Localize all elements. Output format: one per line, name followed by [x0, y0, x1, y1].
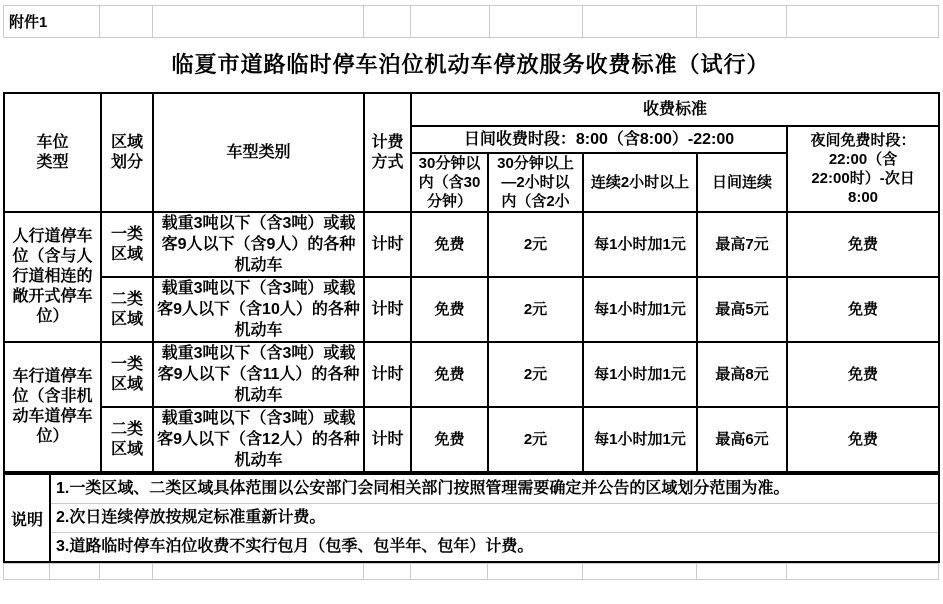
note-line-2: 2.次日连续停放按规定标准重新计费。: [51, 504, 938, 533]
note-line-3: 3.道路临时停车泊位收费不实行包月（包季、包半年、包年）计费。: [51, 533, 938, 561]
empty-grid-cell: [411, 564, 488, 580]
header-daytime-period: 日间收费时段：8:00（含8:00）-22:00: [411, 126, 787, 153]
header-vehicle-category: 车型类别: [153, 93, 364, 212]
notes-body: 1.一类区域、二类区域具体范围以公安部门会同相关部门按照管理需要确定并公告的区域…: [50, 474, 939, 562]
empty-grid-cell: [697, 6, 787, 38]
cell-over-2h: 每1小时加1元: [583, 212, 697, 277]
table-row: 二类 区域 载重3吨以下（含3吨）或载 客9人以下（含12人）的各种 机动车 计…: [4, 407, 939, 472]
fee-standard-table: 车位 类型 区域 划分 车型类别 计费 方式 收费标准 日间收费时段：8:00（…: [3, 92, 940, 473]
table-row: 车行道停车 位（含非机 动车道停车 位） 一类 区域 载重3吨以下（含3吨）或载…: [4, 342, 939, 407]
cell-day-max: 最高5元: [697, 277, 787, 342]
cell-within-30min: 免费: [411, 277, 488, 342]
cell-vehicle: 载重3吨以下（含3吨）或载 客9人以下（含10人）的各种 机动车: [153, 277, 364, 342]
cell-space-type-roadway: 车行道停车 位（含非机 动车道停车 位）: [4, 342, 101, 472]
attachment-label: 附件1: [4, 6, 100, 38]
empty-grid-cell: [697, 564, 787, 580]
cell-night: 免费: [787, 342, 939, 407]
cell-billing: 计时: [364, 342, 411, 407]
notes-section: 说明 1.一类区域、二类区域具体范围以公安部门会同相关部门按照管理需要确定并公告…: [3, 473, 940, 563]
cell-area: 二类 区域: [101, 277, 153, 342]
cell-within-30min: 免费: [411, 212, 488, 277]
cell-within-30min: 免费: [411, 407, 488, 472]
empty-grid-cell: [583, 6, 697, 38]
cell-billing: 计时: [364, 212, 411, 277]
cell-vehicle: 载重3吨以下（含3吨）或载 客9人以下（含9人）的各种 机动车: [153, 212, 364, 277]
cell-to-2h: 2元: [488, 212, 583, 277]
cell-within-30min: 免费: [411, 342, 488, 407]
cell-billing: 计时: [364, 407, 411, 472]
empty-grid-cell: [153, 6, 364, 38]
empty-grid-cell: [100, 564, 153, 580]
table-row: 二类 区域 载重3吨以下（含3吨）或载 客9人以下（含10人）的各种 机动车 计…: [4, 277, 939, 342]
empty-grid-cell: [153, 564, 364, 580]
empty-grid-cell: [488, 564, 583, 580]
empty-grid-cell: [787, 564, 939, 580]
spreadsheet-top-grid-row: 附件1: [3, 5, 939, 38]
empty-grid-cell: [411, 6, 490, 38]
note-line-1: 1.一类区域、二类区域具体范围以公安部门会同相关部门按照管理需要确定并公告的区域…: [51, 475, 938, 504]
header-night-free-period: 夜间免费时段： 22:00（含 22:00时）-次日 8:00: [787, 126, 939, 212]
page-title: 临夏市道路临时停车泊位机动车停放服务收费标准（试行）: [3, 38, 938, 92]
cell-to-2h: 2元: [488, 407, 583, 472]
empty-grid-cell: [4, 564, 50, 580]
cell-over-2h: 每1小时加1元: [583, 342, 697, 407]
header-day-continuous: 日间连续: [697, 153, 787, 212]
empty-grid-cell: [787, 6, 939, 38]
cell-over-2h: 每1小时加1元: [583, 277, 697, 342]
cell-area: 一类 区域: [101, 212, 153, 277]
cell-day-max: 最高8元: [697, 342, 787, 407]
cell-space-type-sidewalk: 人行道停车 位（含与人 行道相连的 敞开式停车 位）: [4, 212, 101, 342]
cell-billing: 计时: [364, 277, 411, 342]
document-page: 附件1 临夏市道路临时停车泊位机动车停放服务收费标准（试行） 车位 类型 区域 …: [0, 0, 943, 580]
header-billing-method: 计费 方式: [364, 93, 411, 212]
notes-label: 说明: [4, 474, 50, 562]
cell-vehicle: 载重3吨以下（含3吨）或载 客9人以下（含12人）的各种 机动车: [153, 407, 364, 472]
spreadsheet-bottom-grid-row: [3, 563, 939, 580]
cell-night: 免费: [787, 212, 939, 277]
header-space-type: 车位 类型: [4, 93, 101, 212]
header-within-30min: 30分钟以 内（含30 分钟）: [411, 153, 488, 212]
cell-area: 二类 区域: [101, 407, 153, 472]
cell-day-max: 最高6元: [697, 407, 787, 472]
empty-grid-cell: [100, 6, 153, 38]
cell-night: 免费: [787, 277, 939, 342]
empty-grid-cell: [583, 564, 697, 580]
cell-area: 一类 区域: [101, 342, 153, 407]
cell-to-2h: 2元: [488, 342, 583, 407]
empty-grid-cell: [364, 564, 411, 580]
header-30min-to-2h: 30分钟以上 —2小时以 内（含2小: [488, 153, 583, 212]
cell-to-2h: 2元: [488, 277, 583, 342]
table-row: 人行道停车 位（含与人 行道相连的 敞开式停车 位） 一类 区域 载重3吨以下（…: [4, 212, 939, 277]
empty-grid-cell: [364, 6, 411, 38]
cell-day-max: 最高7元: [697, 212, 787, 277]
header-fee-standard: 收费标准: [411, 93, 939, 126]
cell-over-2h: 每1小时加1元: [583, 407, 697, 472]
header-area-division: 区域 划分: [101, 93, 153, 212]
cell-vehicle: 载重3吨以下（含3吨）或载 客9人以下（含11人）的各种 机动车: [153, 342, 364, 407]
empty-grid-cell: [50, 564, 100, 580]
header-over-2h: 连续2小时以上: [583, 153, 697, 212]
cell-night: 免费: [787, 407, 939, 472]
empty-grid-cell: [490, 6, 583, 38]
